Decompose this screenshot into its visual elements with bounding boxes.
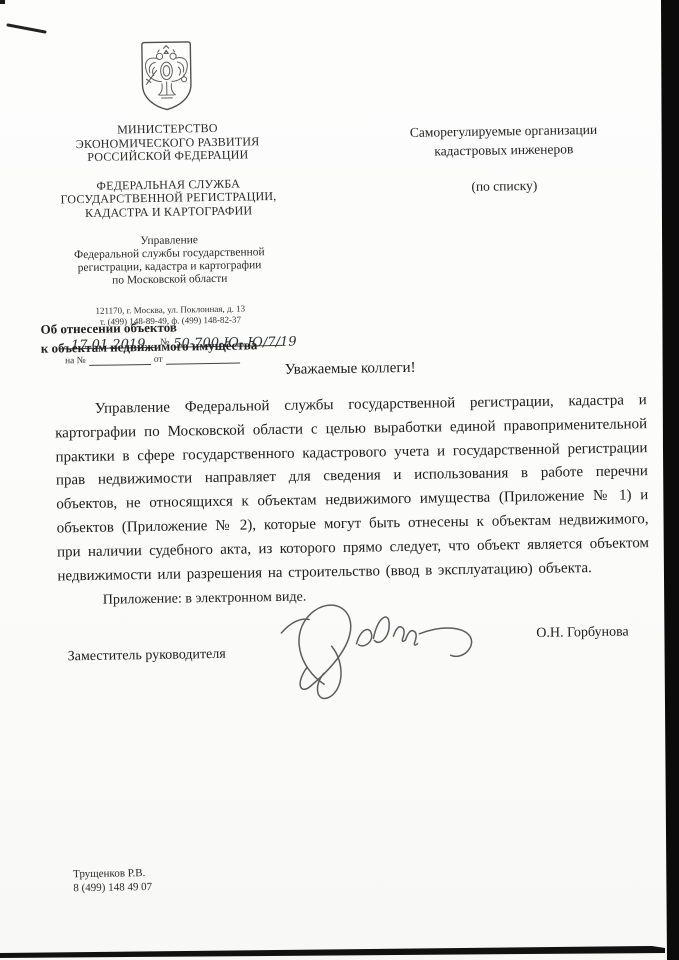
letter-content: МИНИСТЕРСТВО ЭКОНОМИЧЕСКОГО РАЗВИТИЯ РОС…: [0, 0, 679, 960]
addressee-line: кадастровых инженеров: [354, 138, 654, 162]
corner-mark: [0, 0, 5, 4]
signature-autograph: [261, 586, 483, 709]
service-name: ФЕДЕРАЛЬНАЯ СЛУЖБА ГОСУДАРСТВЕННОЙ РЕГИС…: [24, 176, 313, 221]
signer-position: Заместитель руководителя: [68, 647, 226, 665]
addressee-note: (по списку): [354, 174, 654, 198]
addressee-block: Саморегулируемые организации кадастровых…: [353, 119, 654, 198]
executor-phone: 8 (499) 148 49 07: [73, 880, 152, 895]
signer-name: О.Н. Горбунова: [536, 624, 629, 641]
executor-contact: Трущенков Р.В. 8 (499) 148 49 07: [73, 866, 152, 895]
subject-block: Об отнесении объектов к объектам недвижи…: [40, 316, 257, 357]
department-name: Управление Федеральной службы государств…: [25, 232, 314, 289]
executor-name: Трущенков Р.В.: [73, 866, 152, 881]
coat-of-arms-emblem: [135, 38, 198, 113]
scanned-letter-page: МИНИСТЕРСТВО ЭКОНОМИЧЕСКОГО РАЗВИТИЯ РОС…: [0, 0, 679, 960]
subject-line: к объектам недвижимого имущества: [41, 335, 258, 357]
body-paragraph: Управление Федеральной службы государств…: [55, 389, 650, 589]
ministry-name: МИНИСТЕРСТВО ЭКОНОМИЧЕСКОГО РАЗВИТИЯ РОС…: [23, 120, 312, 165]
